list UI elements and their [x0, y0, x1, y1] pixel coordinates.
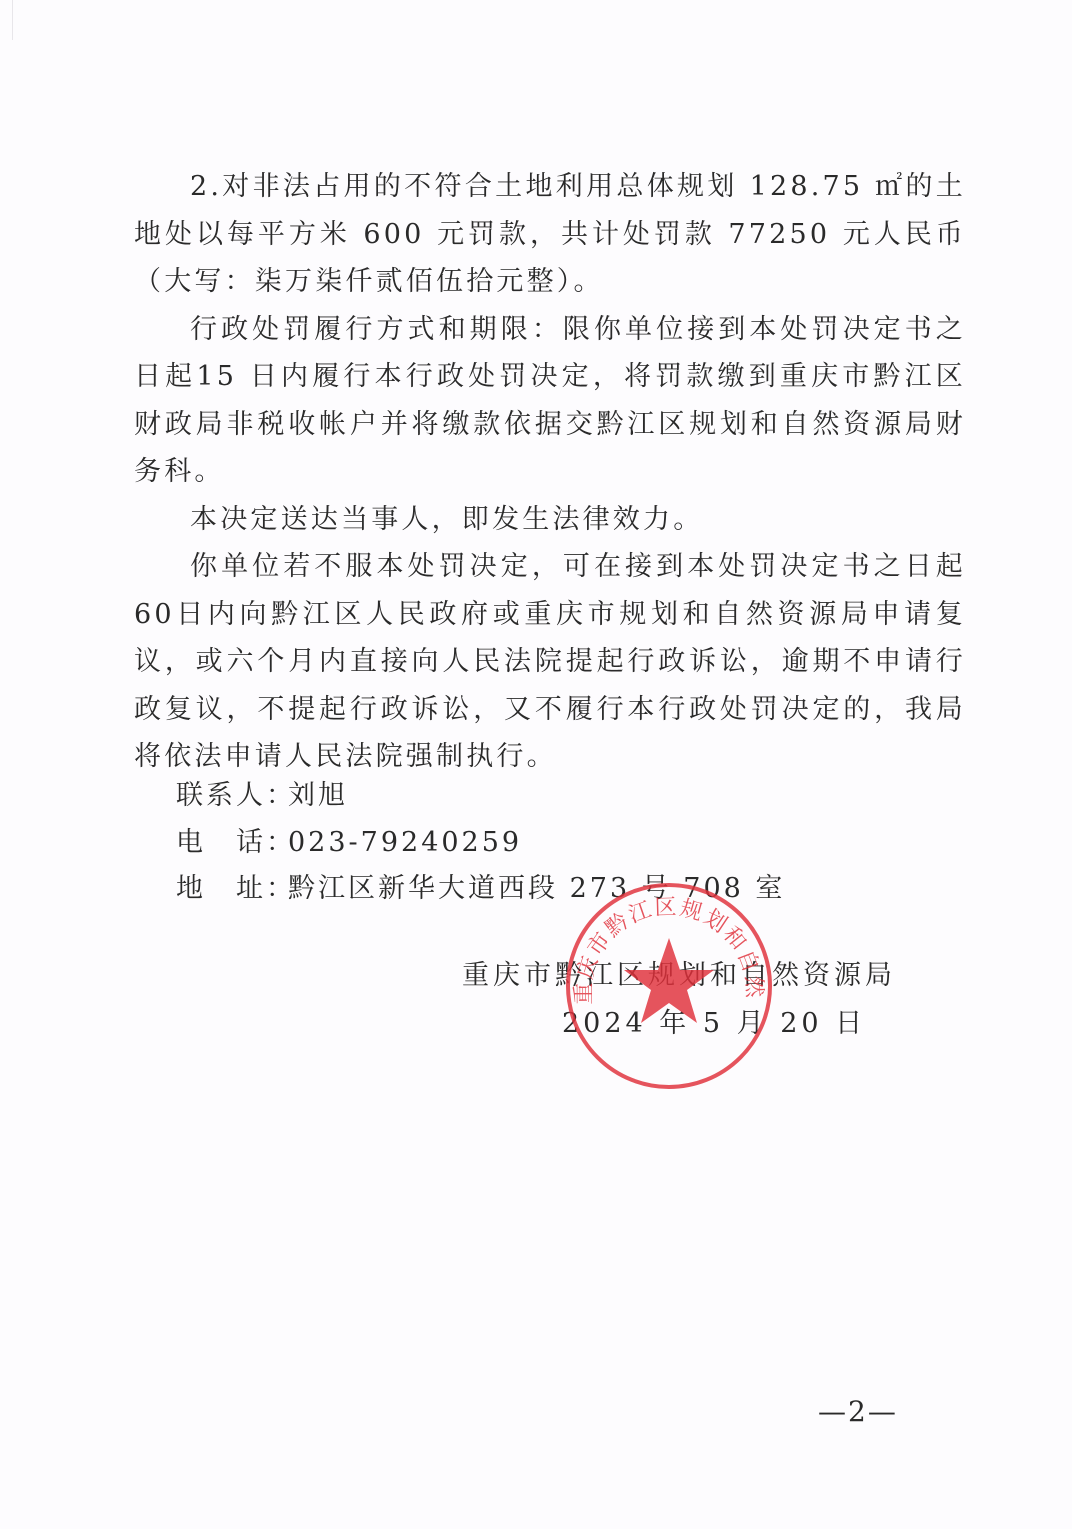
contact-person-value: 刘旭 [288, 780, 348, 811]
contact-address-value: 黔江区新华大道西段 273 号 708 室 [288, 873, 785, 904]
page-edge [12, 0, 13, 40]
signature-block: 重庆市黔江区规划和自然资源局 2024 年 5 月 20 日 [462, 952, 862, 1048]
contact-phone-label: 电 话： [176, 820, 288, 867]
contact-address-label: 地 址： [176, 866, 288, 913]
contact-phone-value: 023-79240259 [288, 827, 522, 858]
contact-block: 联系人：刘旭 电 话：023-79240259 地 址：黔江区新华大道西段 27… [176, 773, 785, 913]
contact-address-row: 地 址：黔江区新华大道西段 273 号 708 室 [176, 866, 785, 913]
issuing-organization: 重庆市黔江区规划和自然资源局 [462, 952, 862, 1000]
contact-phone-row: 电 话：023-79240259 [176, 820, 785, 867]
document-body: 2.对非法占用的不符合土地利用总体规划 128.75 ㎡的土地处以每平方米 60… [134, 163, 966, 781]
contact-person-label: 联系人： [176, 773, 288, 820]
paragraph-payment-terms: 行政处罚履行方式和期限：限你单位接到本处罚决定书之日起15 日内履行本行政处罚决… [134, 306, 966, 496]
paragraph-appeal-rights: 你单位若不服本处罚决定，可在接到本处罚决定书之日起 60日内向黔江区人民政府或重… [134, 543, 966, 781]
page-number: —2— [818, 1395, 898, 1428]
paragraph-penalty-item-2: 2.对非法占用的不符合土地利用总体规划 128.75 ㎡的土地处以每平方米 60… [134, 163, 966, 306]
paragraph-effectiveness: 本决定送达当事人，即发生法律效力。 [134, 496, 966, 544]
contact-person-row: 联系人：刘旭 [176, 773, 785, 820]
issue-date: 2024 年 5 月 20 日 [462, 1000, 862, 1048]
